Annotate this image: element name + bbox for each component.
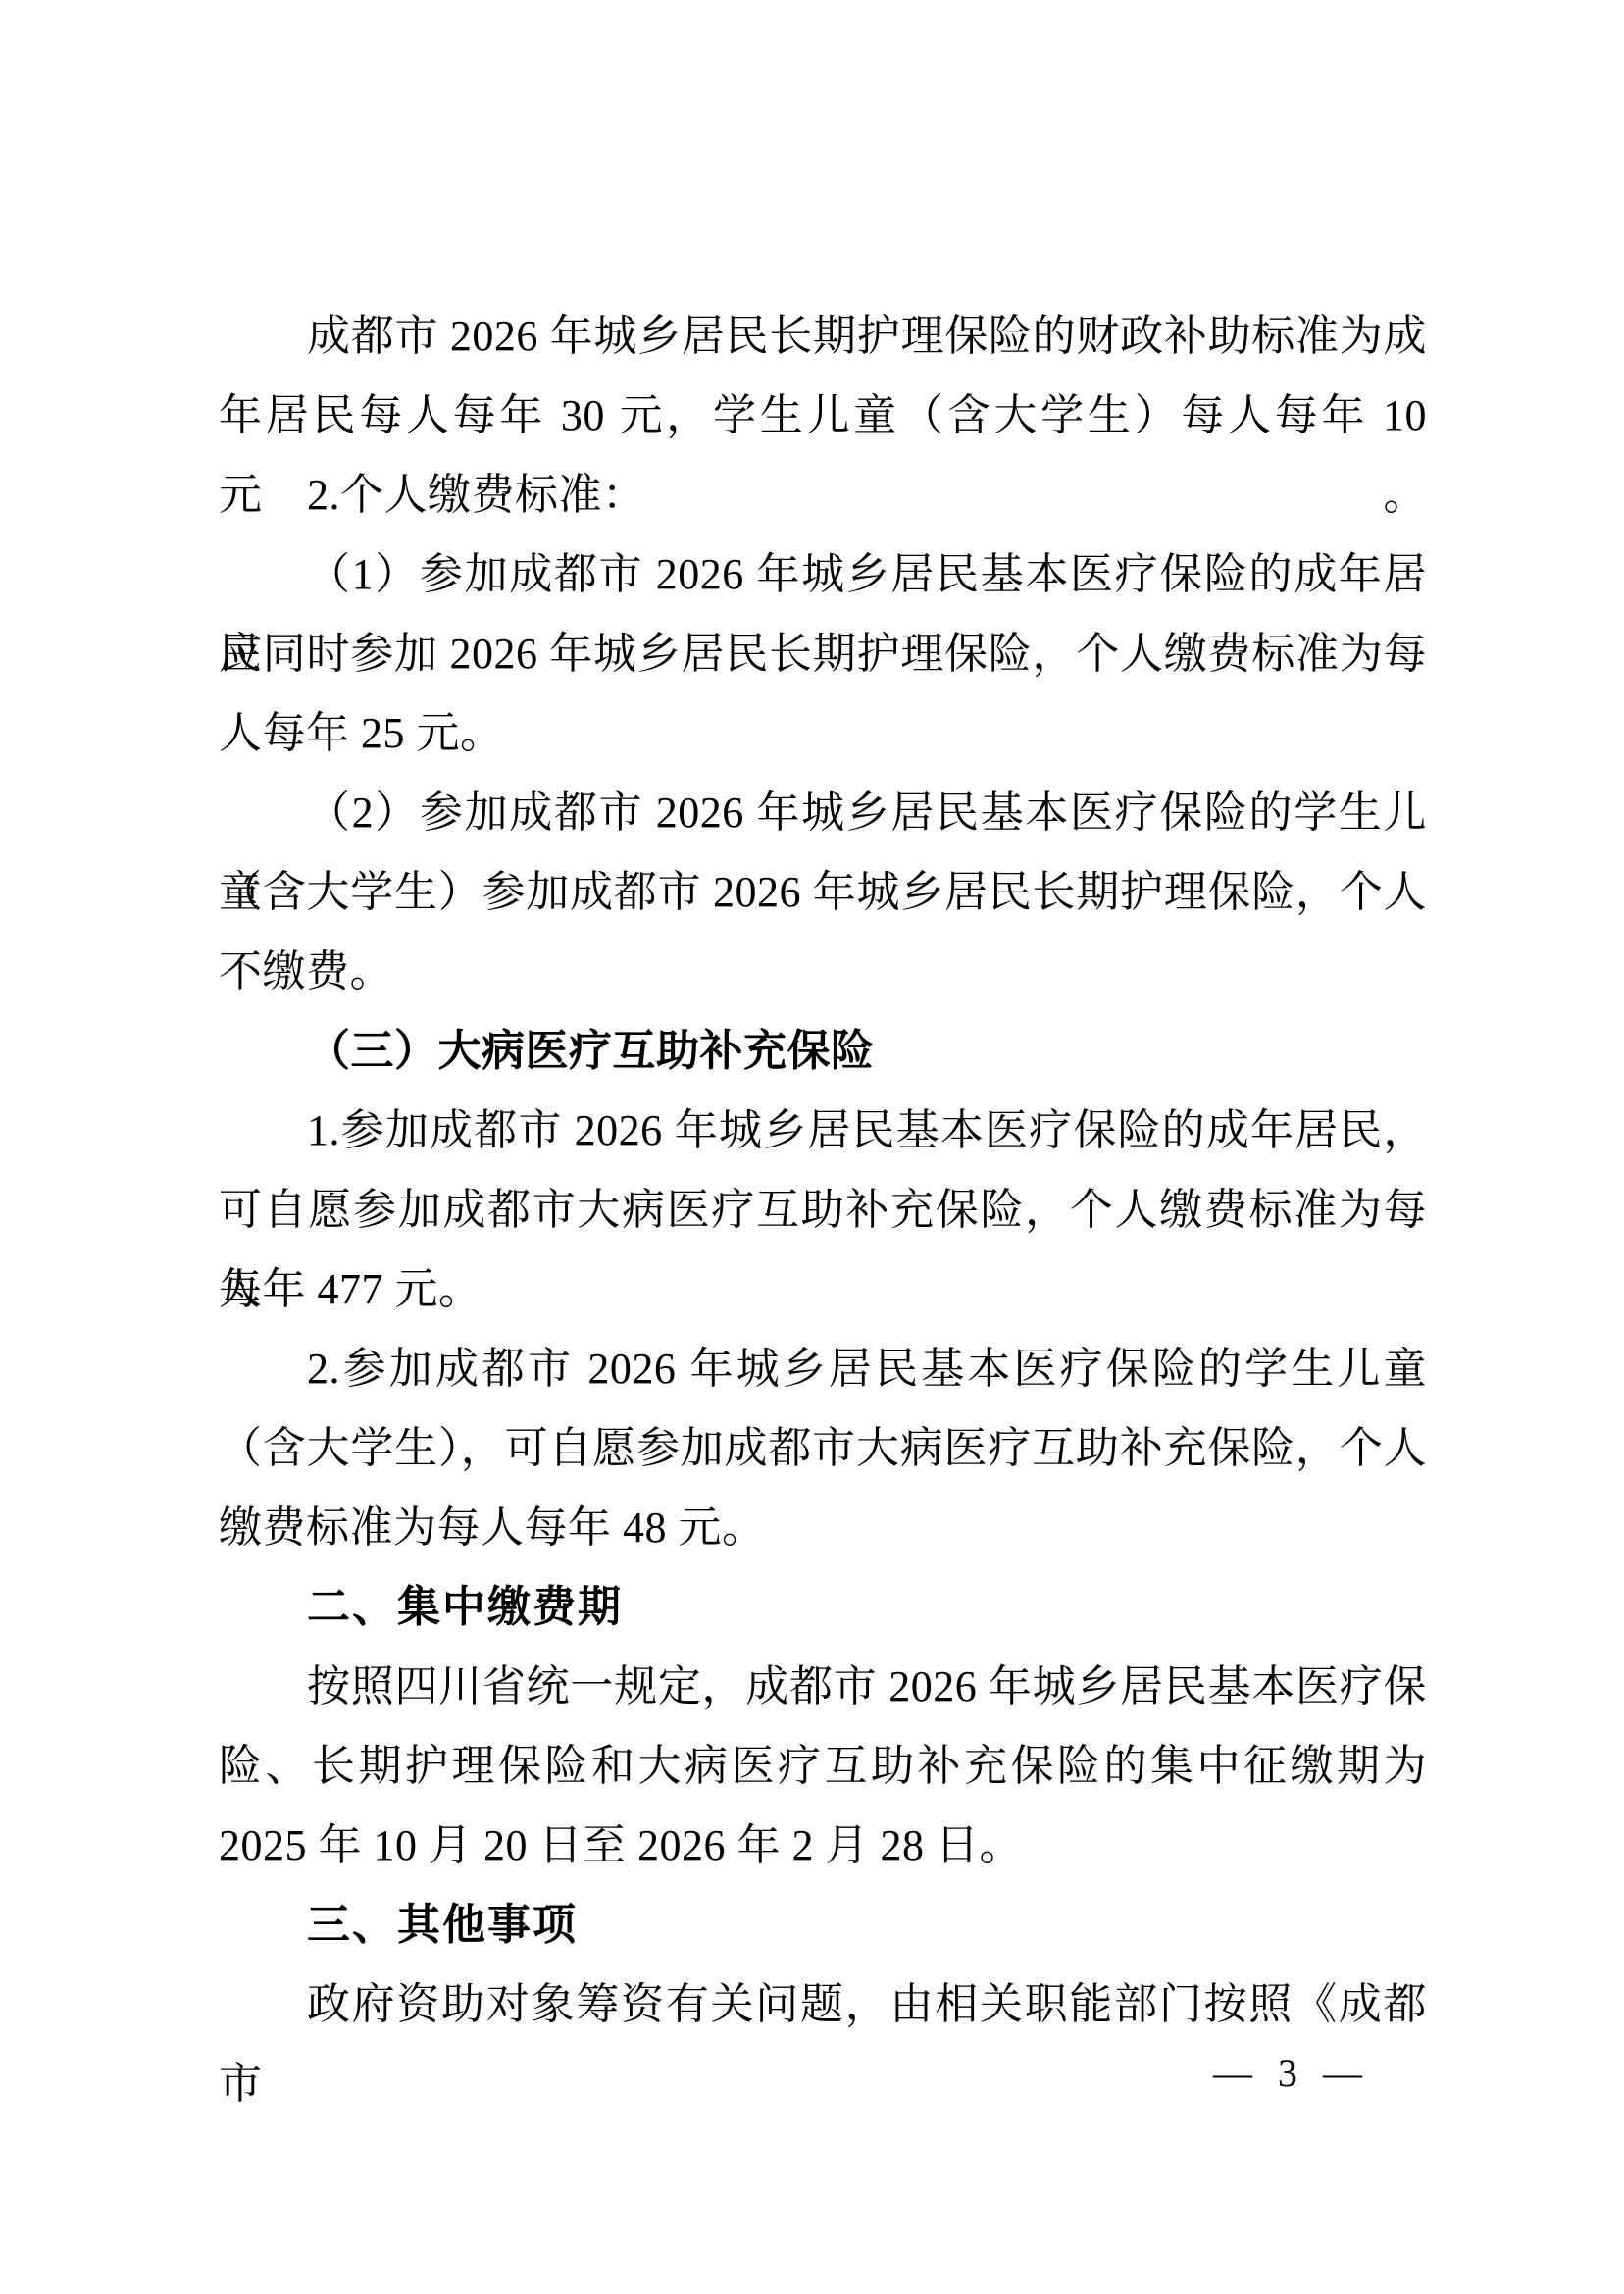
body-text-line: 成都市 2026 年城乡居民长期护理保险的财政补助标准为成 [219, 296, 1427, 376]
body-text-line: 政府资助对象筹资有关问题，由相关职能部门按照《成都市 [219, 1964, 1427, 2044]
section-heading-supplementary-insurance: （三）大病医疗互助补充保险 [219, 1011, 1427, 1091]
document-page: 成都市 2026 年城乡居民长期护理保险的财政补助标准为成 年居民每人每年 30… [0, 0, 1624, 2294]
body-text-line: 可自愿参加成都市大病医疗互助补充保险，个人缴费标准为每人 [219, 1170, 1427, 1249]
body-text-line: 人每年 25 元。 [219, 693, 1427, 773]
body-text-line: 应同时参加 2026 年城乡居民长期护理保险，个人缴费标准为每 [219, 614, 1427, 693]
body-text-line: 2.参加成都市 2026 年城乡居民基本医疗保险的学生儿童 [219, 1329, 1427, 1408]
body-text-line: （2）参加成都市 2026 年城乡居民基本医疗保险的学生儿童 [219, 773, 1427, 852]
body-text-line: 每年 477 元。 [219, 1249, 1427, 1329]
body-text-line: （含大学生）参加成都市 2026 年城乡居民长期护理保险，个人 [219, 852, 1427, 932]
body-text-line: 按照四川省统一规定，成都市 2026 年城乡居民基本医疗保 [219, 1647, 1427, 1726]
body-text-line: （1）参加成都市 2026 年城乡居民基本医疗保险的成年居民 [219, 535, 1427, 614]
body-text-line: （含大学生），可自愿参加成都市大病医疗互助补充保险，个人 [219, 1408, 1427, 1488]
body-text-line: 2025 年 10 月 20 日至 2026 年 2 月 28 日。 [219, 1806, 1427, 1885]
page-number: — 3 — [1213, 2050, 1370, 2097]
body-text-line: 险、长期护理保险和大病医疗互助补充保险的集中征缴期为 [219, 1726, 1427, 1806]
body-text-line: 不缴费。 [219, 932, 1427, 1011]
body-text-line: 1.参加成都市 2026 年城乡居民基本医疗保险的成年居民， [219, 1091, 1427, 1170]
body-text-line: 年居民每人每年 30 元，学生儿童（含大学生）每人每年 10 元。 [219, 376, 1427, 455]
section-heading-other-matters: 三、其他事项 [219, 1885, 1427, 1964]
body-text-line: 缴费标准为每人每年 48 元。 [219, 1488, 1427, 1567]
document-body: 成都市 2026 年城乡居民长期护理保险的财政补助标准为成 年居民每人每年 30… [219, 296, 1427, 2044]
section-heading-payment-period: 二、集中缴费期 [219, 1567, 1427, 1647]
